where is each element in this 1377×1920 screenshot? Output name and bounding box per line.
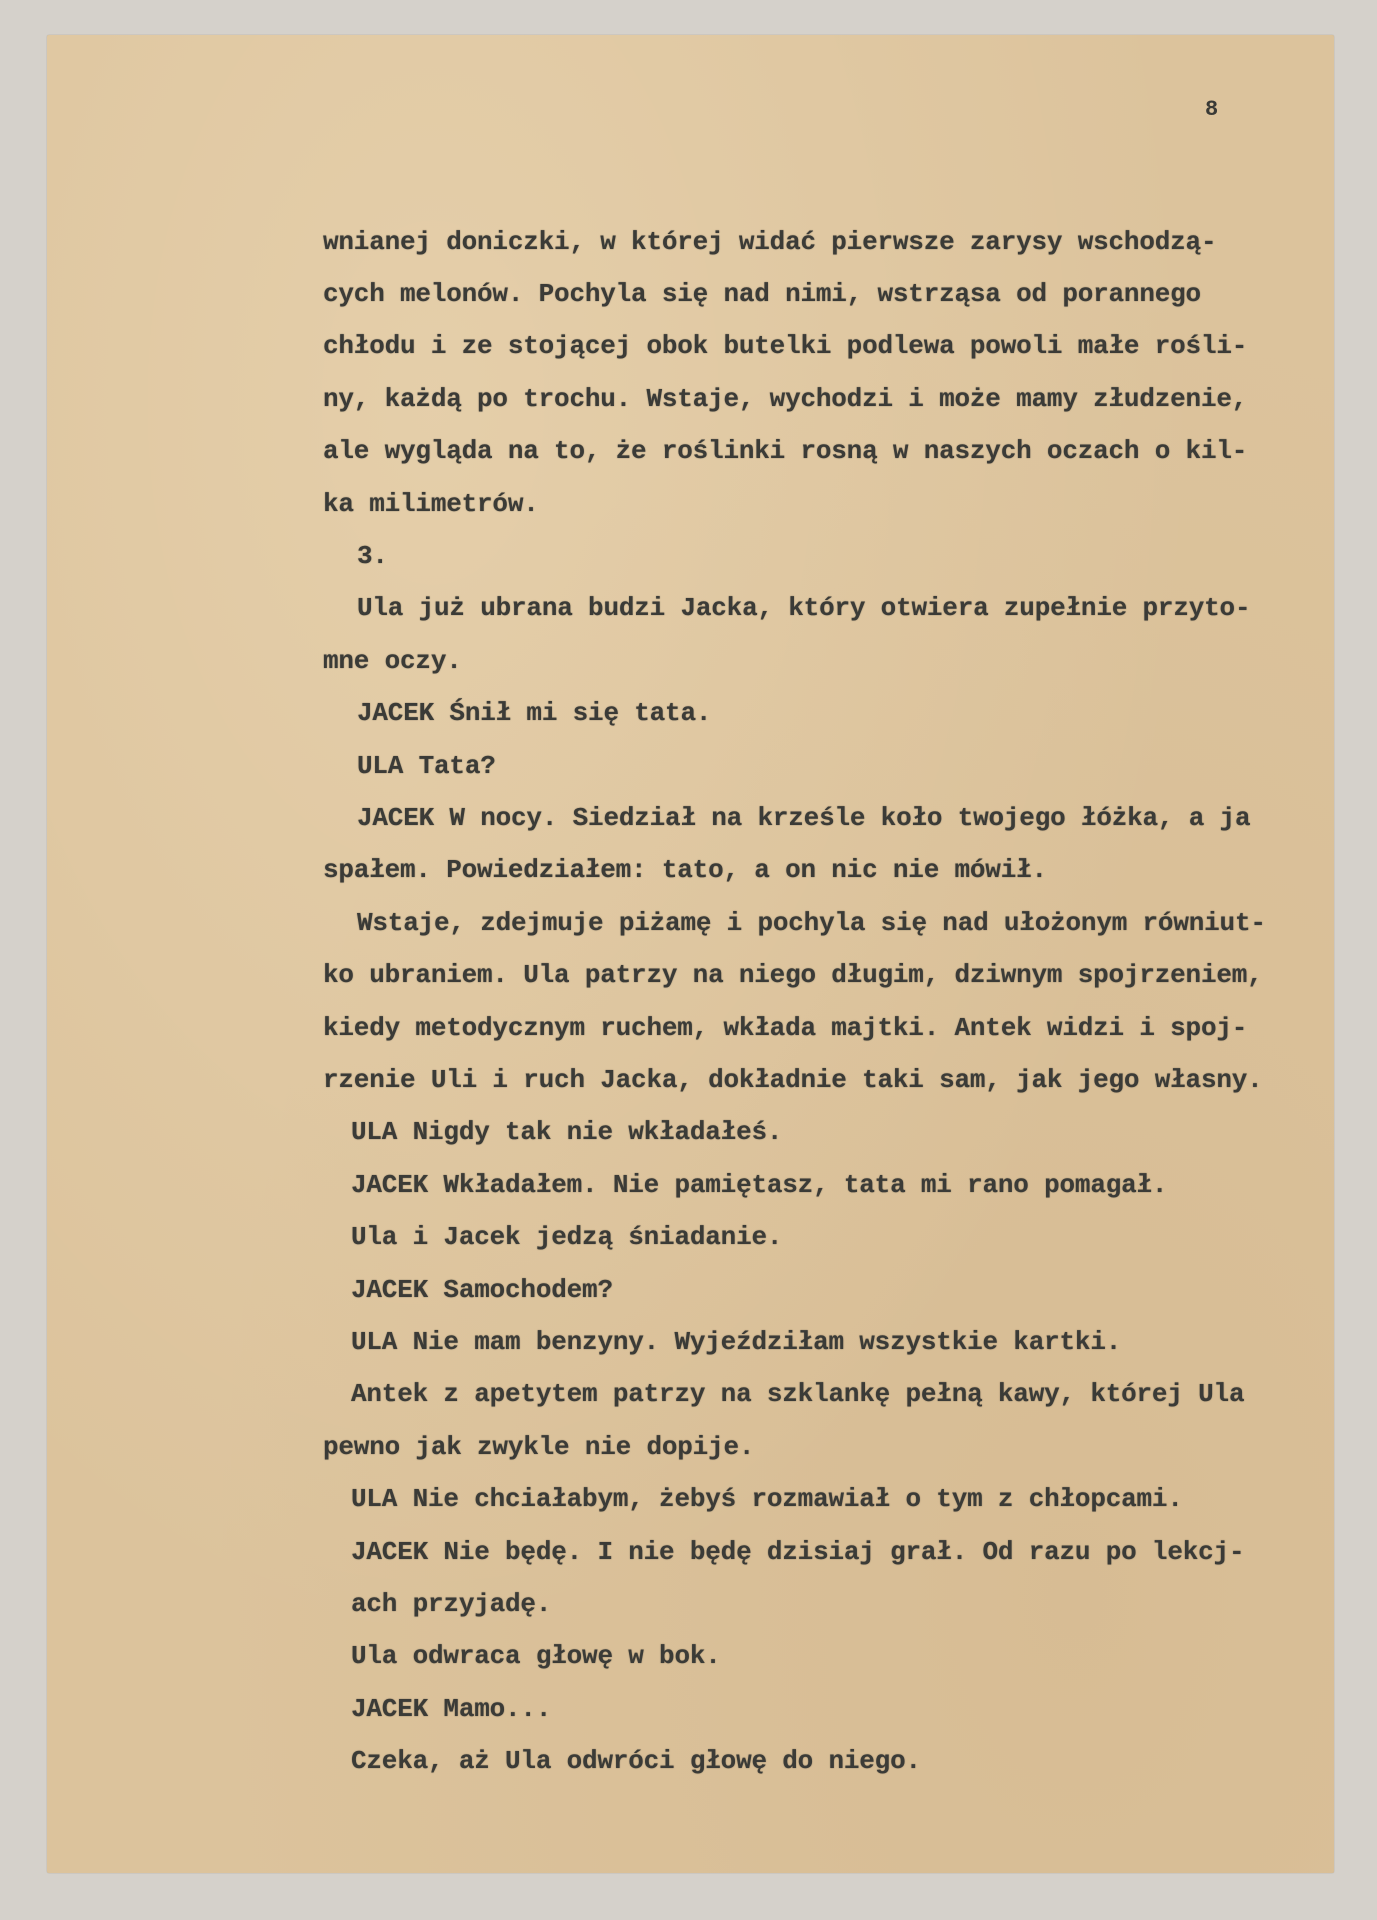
text-line: pewno jak zwykle nie dopije. [323,1432,754,1462]
text-line: Ula odwraca głowę w bok. [351,1641,721,1671]
text-line: cych melonów. Pochyla się nad nimi, wstr… [323,279,1201,309]
text-line: ny, każdą po trochu. Wstaje, wychodzi i … [323,384,1247,414]
dialogue-line: JACEK W nocy. Siedział na krześle koło t… [357,803,1250,833]
text-line: mne oczy. [323,646,462,676]
dialogue-line: ULA Tata? [357,751,496,781]
dialogue-line: JACEK Śnił mi się tata. [357,698,711,728]
text-line: rzenie Uli i ruch Jacka, dokładnie taki … [323,1065,1263,1095]
dialogue-line: JACEK Nie będę. I nie będę dzisiaj grał.… [351,1537,1244,1567]
dialogue-line: ULA Nigdy tak nie wkładałeś. [351,1117,782,1147]
text-line: ach przyjadę. [351,1589,551,1619]
dialogue-line: JACEK Mamo... [351,1694,551,1724]
text-line: Czeka, aż Ula odwróci głowę do niego. [351,1746,921,1776]
dialogue-line: JACEK Samochodem? [351,1275,613,1305]
dialogue-line: ULA Nie mam benzyny. Wyjeździłam wszystk… [351,1327,1121,1357]
dialogue-line: ULA Nie chciałabym, żebyś rozmawiał o ty… [351,1484,1183,1514]
text-line: Antek z apetytem patrzy na szklankę pełn… [351,1379,1244,1409]
text-line: ale wygląda na to, że roślinki rosną w n… [323,436,1247,466]
text-line: wnianej doniczki, w której widać pierwsz… [323,227,1216,257]
scene-number: 3. [357,541,388,571]
dialogue-line: JACEK Wkładałem. Nie pamiętasz, tata mi … [351,1170,1167,1200]
text-line: Ula już ubrana budzi Jacka, który otwier… [357,593,1250,623]
text-line: Ula i Jacek jedzą śniadanie. [351,1222,782,1252]
typewritten-page: 8 wnianej doniczki, w której widać pierw… [47,35,1334,1873]
text-line: kiedy metodycznym ruchem, wkłada majtki.… [323,1013,1247,1043]
text-line: chłodu i ze stojącej obok butelki podlew… [323,331,1247,361]
text-line: spałem. Powiedziałem: tato, a on nic nie… [323,855,1047,885]
text-line: ka milimetrów. [323,489,539,519]
text-line: ko ubraniem. Ula patrzy na niego długim,… [323,960,1263,990]
page-number: 8 [1205,97,1218,122]
text-line: Wstaje, zdejmuje piżamę i pochyla się na… [357,908,1266,938]
